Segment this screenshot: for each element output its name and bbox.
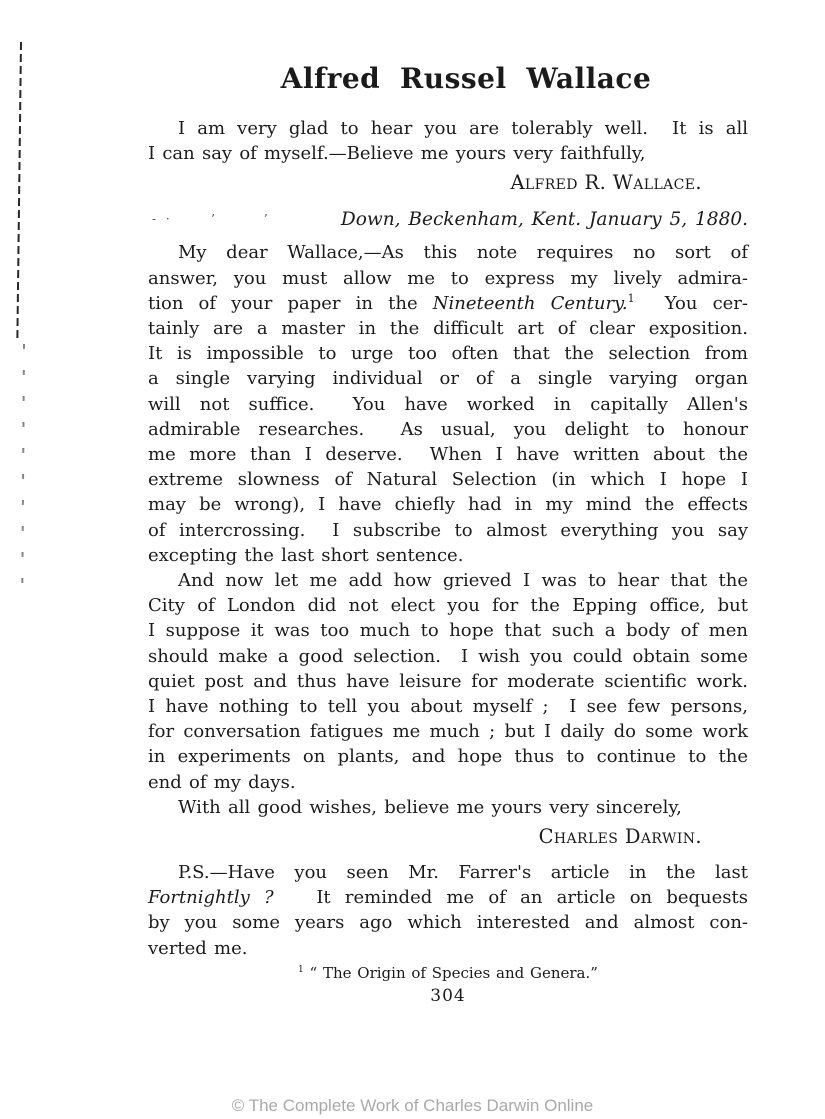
- text-line: will not suffice. You have worked in cap…: [148, 392, 748, 417]
- text-line: And now let me add how grieved I was to …: [148, 568, 748, 593]
- text-line: of intercrossing. I subscribe to almost …: [148, 518, 748, 543]
- text-line: City of London did not elect you for the…: [148, 593, 748, 618]
- darwin-letter-closing: With all good wishes, believe me yours v…: [148, 795, 748, 820]
- footnote-marker: 1: [628, 292, 635, 305]
- text-line: end of my days.: [148, 770, 748, 795]
- text-line: I can say of myself.—Believe me yours ve…: [148, 141, 748, 166]
- binding-artifact-upper: [16, 42, 22, 338]
- italic-segment: Nineteenth Century.: [433, 293, 628, 314]
- text-line: extreme slowness of Natural Selection (i…: [148, 467, 748, 492]
- text-line: may be wrong), I have chiefly had in my …: [148, 492, 748, 517]
- scanned-book-page: Alfred Russel Wallace I am very glad to …: [0, 0, 825, 1119]
- text-line: I suppose it was too much to hope that s…: [148, 618, 748, 643]
- text-line: tainly are a master in the difficult art…: [148, 316, 748, 341]
- text-line: should make a good selection. I wish you…: [148, 644, 748, 669]
- footnote-1: 1 “ The Origin of Species and Genera.”: [148, 964, 748, 982]
- text-line: P.S.—Have you seen Mr. Farrer's article …: [148, 860, 748, 885]
- text-line: by you some years ago which interested a…: [148, 910, 748, 935]
- darwin-letter-para-2: And now let me add how grieved I was to …: [148, 568, 748, 795]
- text-line: in experiments on plants, and hope thus …: [148, 744, 748, 769]
- letter-text-block: Alfred Russel Wallace I am very glad to …: [148, 62, 748, 1006]
- page-title: Alfred Russel Wallace: [166, 62, 766, 95]
- copyright-footer: © The Complete Work of Charles Darwin On…: [0, 1096, 825, 1116]
- text-line: excepting the last short sentence.: [148, 543, 748, 568]
- darwin-letter-para-1: My dear Wallace,—As this note requires n…: [148, 240, 748, 568]
- letter-body: I am very glad to hear you are tolerably…: [148, 116, 748, 1006]
- page-number: 304: [148, 986, 748, 1006]
- text-line: tion of your paper in the Nineteenth Cen…: [148, 291, 748, 316]
- text-line: My dear Wallace,—As this note requires n…: [148, 240, 748, 265]
- text-line: a single varying individual or of a sing…: [148, 366, 748, 391]
- footnote-marker: 1: [298, 965, 304, 975]
- text-line: With all good wishes, believe me yours v…: [148, 795, 748, 820]
- text-line: answer, you must allow me to express my …: [148, 266, 748, 291]
- text-line: verted me.: [148, 936, 748, 961]
- text-line: for conversation fatigues me much ; but …: [148, 719, 748, 744]
- wallace-signature: Alfred R. Wallace.: [148, 171, 748, 194]
- darwin-signature: Charles Darwin.: [148, 825, 748, 848]
- text-line: It is impossible to urge too often that …: [148, 341, 748, 366]
- text-line: I have nothing to tell you about myself …: [148, 694, 748, 719]
- text-line: I am very glad to hear you are tolerably…: [148, 116, 748, 141]
- text-line: admirable researches. As usual, you deli…: [148, 417, 748, 442]
- text-line: quiet post and thus have leisure for mod…: [148, 669, 748, 694]
- dateline-text: Down, Beckenham, Kent. January 5, 1880.: [341, 209, 748, 230]
- text-line: Fortnightly ? It reminded me of an artic…: [148, 885, 748, 910]
- binding-artifact-lower: [21, 344, 24, 592]
- text-line: me more than I deserve. When I have writ…: [148, 442, 748, 467]
- italic-segment: Fortnightly ?: [148, 887, 274, 908]
- dateline: - · ʼ ʼDown, Beckenham, Kent. January 5,…: [148, 209, 748, 230]
- postscript: P.S.—Have you seen Mr. Farrer's article …: [148, 860, 748, 961]
- scan-artifact-marks: - · ʼ ʼ: [152, 212, 269, 226]
- wallace-note: I am very glad to hear you are tolerably…: [148, 116, 748, 166]
